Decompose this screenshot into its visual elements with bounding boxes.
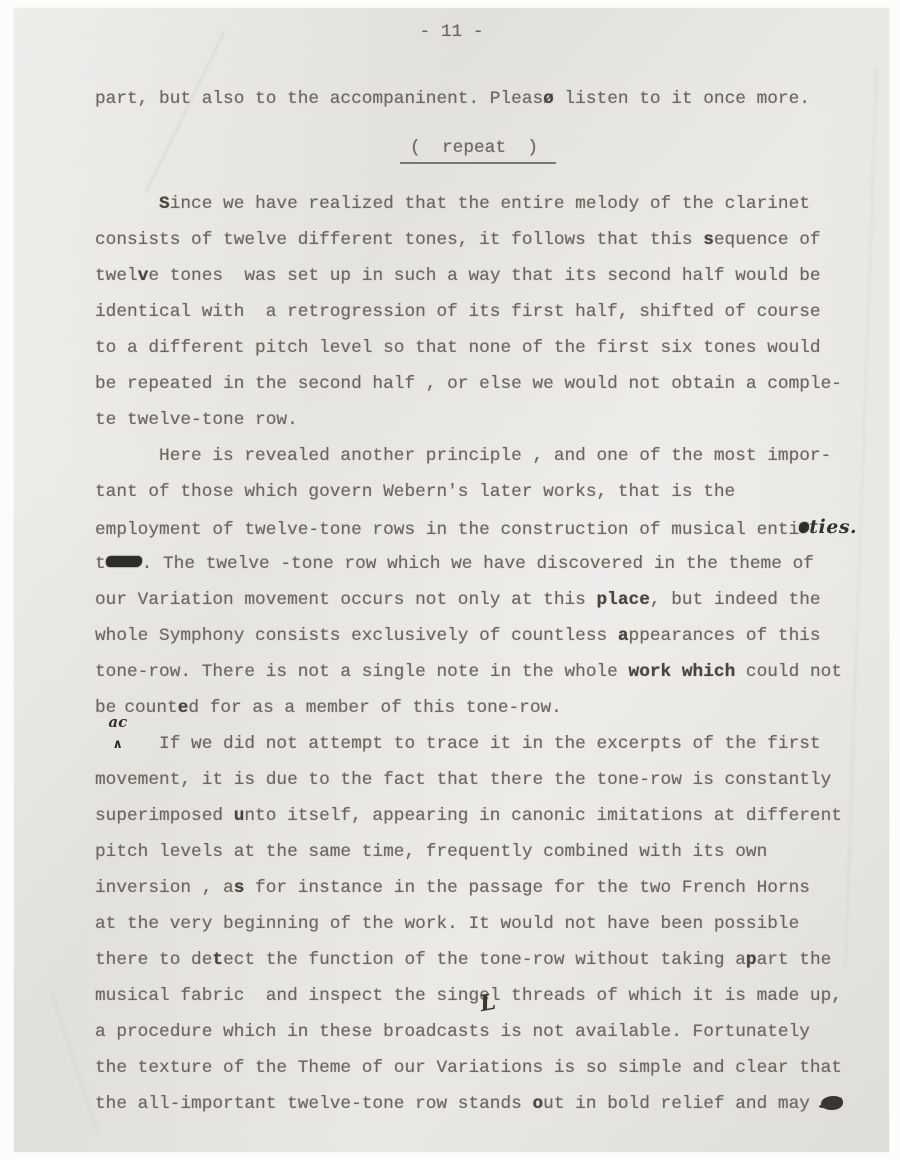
- handwriting-mark: eL: [479, 986, 490, 1006]
- text-line: tone-row. There is not a single note in …: [95, 654, 861, 690]
- text-line: Here is revealed another principle , and…: [95, 438, 861, 474]
- ink-blot: [106, 556, 142, 567]
- text-line: te twelve-tone row.: [95, 402, 861, 438]
- repeat-heading: ( repeat ): [95, 130, 861, 166]
- text-line: Since we have realized that the entire m…: [95, 186, 861, 222]
- text-line: tant of those which govern Webern's late…: [95, 474, 861, 510]
- handwritten-correction: ties.: [809, 516, 857, 538]
- overstruck-text: p: [746, 950, 757, 970]
- text-line: superimposed unto itself, appearing in c…: [95, 798, 861, 834]
- text-line: twelve tones was set up in such a way th…: [95, 258, 861, 294]
- text-line: part, but also to the accompaninent. Ple…: [95, 81, 861, 117]
- overstruck-text: s: [703, 230, 714, 250]
- text-line: musical fabric and inspect the singeLl t…: [95, 978, 861, 1014]
- text-line: inversion , as for instance in the passa…: [95, 870, 861, 906]
- ink-blot: [821, 1096, 843, 1110]
- overstruck-text: v: [138, 266, 149, 286]
- overstruck-text: ø: [543, 89, 554, 109]
- text-line: whole Symphony consists exclusively of c…: [95, 618, 861, 654]
- text-line: there to detect the function of the tone…: [95, 942, 861, 978]
- text-line: pitch levels at the same time, frequentl…: [95, 834, 861, 870]
- text-line: the all-important twelve-tone row stands…: [95, 1086, 861, 1122]
- document-page: - 11 - part, but also to the accompanine…: [14, 8, 889, 1152]
- text-line: identical with a retrogression of its fi…: [95, 294, 861, 330]
- overstruck-text: u: [234, 806, 245, 826]
- text-line: a procedure which in these broadcasts is…: [95, 1014, 861, 1050]
- transposition-mark: L: [478, 991, 497, 1015]
- text-line: employment of twelve-tone rows in the co…: [95, 510, 861, 546]
- underlined-heading: ( repeat ): [400, 138, 556, 164]
- overstruck-text: o: [533, 1094, 544, 1114]
- overstruck-text: place: [597, 590, 650, 610]
- text-line: to a different pitch level so that none …: [95, 330, 861, 366]
- typewritten-text: part, but also to the accompaninent. Ple…: [95, 8, 861, 1122]
- text-line: If we did not attempt to trace it in the…: [95, 726, 861, 762]
- paper-crease: [51, 991, 99, 1134]
- text-line: the texture of the Theme of our Variatio…: [95, 1050, 861, 1086]
- text-line: beac∧counted for as a member of this ton…: [95, 690, 861, 726]
- text-line: be repeated in the second half , or else…: [95, 366, 861, 402]
- text-line: movement, it is due to the fact that the…: [95, 762, 861, 798]
- overstruck-text: e: [178, 698, 189, 718]
- overstruck-text: S: [159, 194, 170, 214]
- ink-blot: [799, 522, 809, 533]
- text-line: our Variation movement occurs not only a…: [95, 582, 861, 618]
- caret-mark: ∧: [112, 738, 123, 751]
- overstruck-text: s: [234, 878, 245, 898]
- inserted-letters: ac: [108, 715, 127, 730]
- text-line: t. The twelve -tone row which we have di…: [95, 546, 861, 582]
- text-line: consists of twelve different tones, it f…: [95, 222, 861, 258]
- overstruck-text: a: [618, 626, 629, 646]
- text-line: at the very beginning of the work. It wo…: [95, 906, 861, 942]
- overstruck-text: work which: [629, 662, 736, 682]
- overstruck-text: t: [212, 950, 223, 970]
- scan-background: - 11 - part, but also to the accompanine…: [0, 0, 900, 1160]
